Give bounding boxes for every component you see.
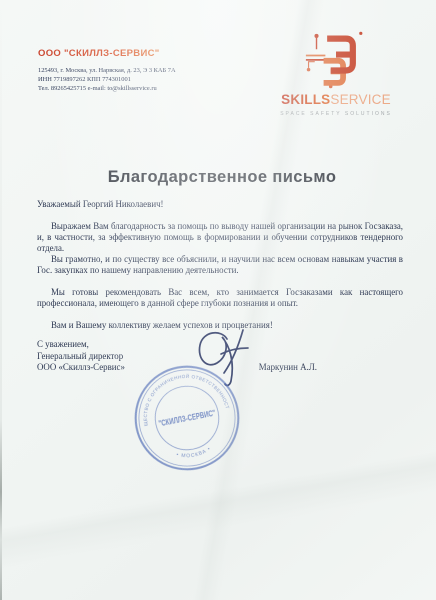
stamp-center-text: "СКИЛЛЗ-СЕРВИС" [158, 408, 217, 428]
letterhead: ООО "СКИЛЛЗ-СЕРВИС" 125493, г. Москва, у… [38, 28, 420, 117]
letterhead-contacts: ООО "СКИЛЛЗ-СЕРВИС" 125493, г. Москва, у… [38, 48, 176, 117]
company-address: 125493, г. Москва, ул. Нарвская, д. 23, … [38, 66, 176, 93]
skills-service-logo-icon [303, 28, 369, 90]
letter-body: Уважаемый Георгий Николаевич! Выражаем В… [37, 199, 403, 331]
address-line-1: 125493, г. Москва, ул. Нарвская, д. 23, … [38, 66, 176, 75]
logo-wordmark-skills: SKILLS [281, 92, 330, 107]
paragraph-1: Выражаем Вам благодарность за помощь по … [37, 221, 403, 254]
company-logo: SKILLSSERVICE SPACE SAFETY SOLUTIONS [252, 28, 420, 117]
salutation: Уважаемый Георгий Николаевич! [37, 199, 403, 210]
stamp-ring-text-bottom: • МОСКВА • [175, 445, 214, 462]
address-line-3: Тел. 89265425715 e-mail: to@skillsservic… [38, 84, 176, 93]
paragraph-2: Вы грамотно, и по существу все объяснили… [37, 254, 403, 276]
scanned-letter-page: ООО "СКИЛЛЗ-СЕРВИС" 125493, г. Москва, у… [0, 0, 436, 600]
svg-text:• МОСКВА •: • МОСКВА • [175, 445, 214, 462]
company-name: ООО "СКИЛЛЗ-СЕРВИС" [38, 48, 176, 59]
logo-wordmark-service: SERVICE [330, 92, 390, 107]
company-stamp: ОБЩЕСТВО С ОГРАНИЧЕННОЙ ОТВЕТСТВЕННОСТЬЮ… [121, 352, 252, 483]
logo-tagline: SPACE SAFETY SOLUTIONS [252, 111, 420, 117]
scan-edge-artifact [0, 0, 2, 600]
address-line-2: ИНН 7719897262 КПП 774301001 [38, 75, 176, 84]
signer-name: Маркунин А.Л. [259, 362, 317, 374]
logo-wordmark: SKILLSSERVICE [252, 92, 420, 107]
paragraph-3: Мы готовы рекомендовать Вас всем, кто за… [37, 287, 403, 309]
letter-title: Благодарственное письмо [0, 168, 436, 187]
